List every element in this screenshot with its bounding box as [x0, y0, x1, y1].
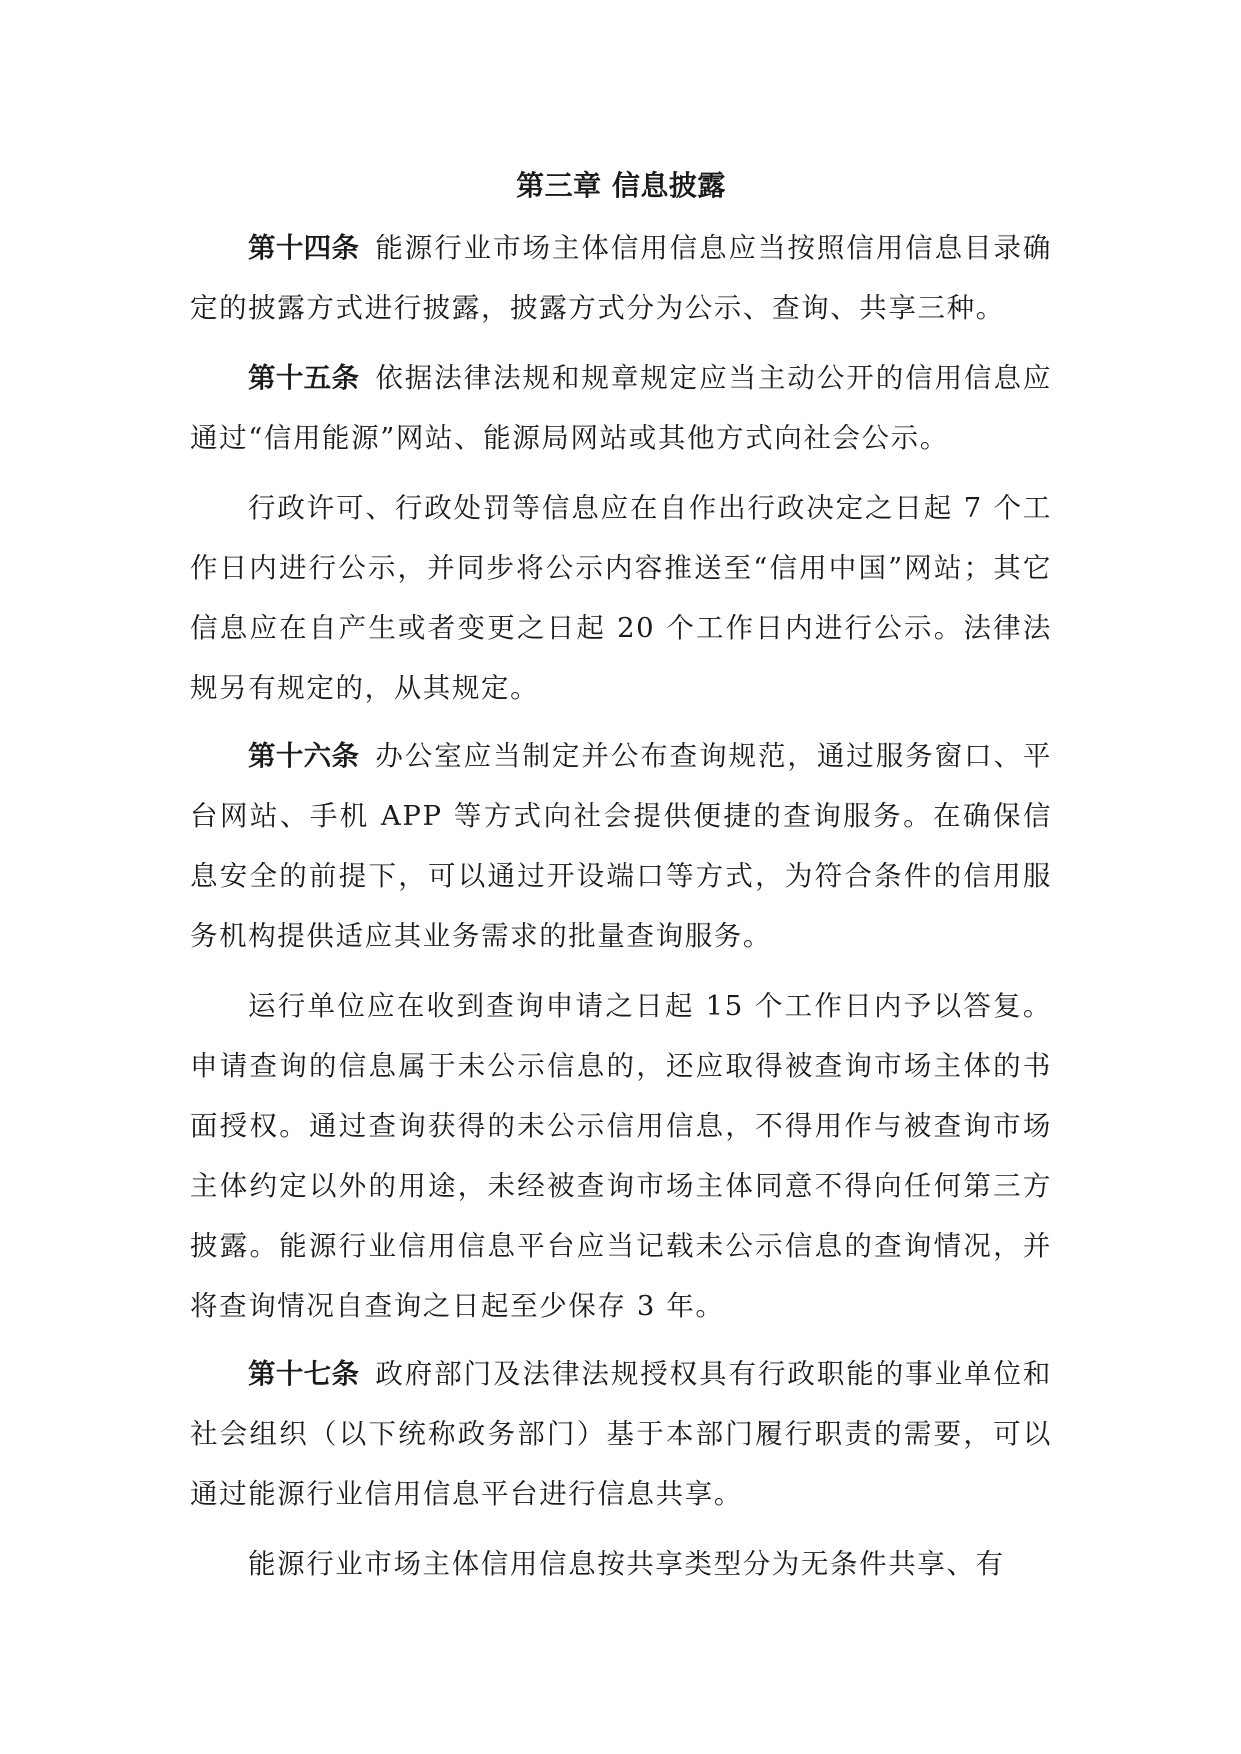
document-page: 第三章 信息披露 第十四条能源行业市场主体信用信息应当按照信用信息目录确定的披露…	[190, 156, 1052, 1602]
paragraph-text: 运行单位应在收到查询申请之日起 15 个工作日内予以答复。申请查询的信息属于未公…	[190, 990, 1052, 1322]
article-number: 第十六条	[248, 740, 359, 772]
article-15-continuation: 行政许可、行政处罚等信息应在自作出行政决定之日起 7 个工作日内进行公示，并同步…	[190, 478, 1052, 718]
paragraph-text: 能源行业市场主体信用信息按共享类型分为无条件共享、有	[248, 1548, 1005, 1580]
article-14: 第十四条能源行业市场主体信用信息应当按照信用信息目录确定的披露方式进行披露，披露…	[190, 218, 1052, 338]
article-number: 第十四条	[248, 232, 359, 264]
paragraph-text: 行政许可、行政处罚等信息应在自作出行政决定之日起 7 个工作日内进行公示，并同步…	[190, 492, 1052, 704]
article-16: 第十六条办公室应当制定并公布查询规范，通过服务窗口、平台网站、手机 APP 等方…	[190, 726, 1052, 966]
article-number: 第十七条	[248, 1358, 359, 1390]
article-number: 第十五条	[248, 362, 359, 394]
article-17-continuation: 能源行业市场主体信用信息按共享类型分为无条件共享、有	[190, 1534, 1052, 1594]
article-17: 第十七条政府部门及法律法规授权具有行政职能的事业单位和社会组织（以下统称政务部门…	[190, 1344, 1052, 1524]
chapter-title: 第三章 信息披露	[190, 156, 1052, 216]
article-15: 第十五条依据法律法规和规章规定应当主动公开的信用信息应通过“信用能源”网站、能源…	[190, 348, 1052, 468]
article-16-continuation: 运行单位应在收到查询申请之日起 15 个工作日内予以答复。申请查询的信息属于未公…	[190, 976, 1052, 1336]
